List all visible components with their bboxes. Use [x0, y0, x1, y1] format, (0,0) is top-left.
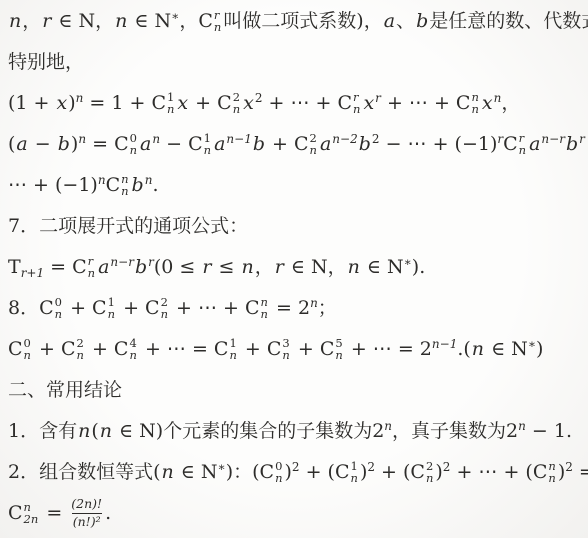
subscript: n [261, 308, 268, 320]
text-run: . [152, 174, 158, 196]
stacked-scripts: 2n [161, 296, 168, 321]
math-variable: n [77, 420, 91, 442]
stacked-scripts: 2n [233, 91, 240, 116]
text-run: + ⋯ + C [381, 92, 471, 114]
subscript: n [121, 185, 128, 197]
math-variable: b [134, 256, 148, 278]
math-variable: b [415, 10, 429, 32]
text-run: + C [64, 297, 107, 319]
text-run: ∈ N， [285, 256, 347, 278]
stacked-scripts: 1n [167, 91, 174, 116]
subscript: n [161, 308, 168, 320]
text-run: )：(C [226, 461, 274, 483]
text-run: .( [457, 338, 470, 360]
text-run: (1 + [8, 92, 56, 114]
text-run: + ⋯ + C [262, 92, 352, 114]
text-run: + C [239, 338, 282, 360]
text-run: − 1. [526, 420, 572, 442]
superscript: 2 [372, 132, 380, 146]
subscript: n [310, 144, 317, 156]
subscript: n [77, 349, 84, 361]
superscript: ∗ [528, 337, 536, 351]
text-run: ∈ N， [52, 10, 114, 32]
math-variable: x [362, 92, 375, 114]
math-variable: n [240, 256, 254, 278]
superscript: 2 [565, 460, 573, 474]
text-run: ≤ [212, 256, 240, 278]
math-variable: b [358, 133, 372, 155]
text-run: + ⋯ + (C [450, 461, 547, 483]
math-variable: x [176, 92, 189, 114]
stacked-scripts: 0n [55, 296, 62, 321]
text-run: 叫做二项式系数)， [223, 10, 382, 32]
stacked-scripts: 2n [77, 337, 84, 362]
math-variable: r [201, 256, 212, 278]
stacked-scripts: 1n [351, 460, 358, 485]
text-run: (0 ≤ [154, 256, 202, 278]
subscript: n [351, 472, 358, 484]
text-run: ； [318, 297, 337, 319]
subscript: 2n [24, 513, 39, 525]
stacked-scripts: nn [548, 460, 555, 485]
text-run: ∈ N [361, 256, 404, 278]
stacked-scripts: nn [121, 173, 128, 198]
text-run: ，C [179, 10, 213, 32]
subscript: n [353, 103, 360, 115]
text-run: C [8, 502, 23, 524]
superscript: n−r [541, 132, 565, 146]
text-run: ) [68, 92, 75, 114]
subscript: n [214, 21, 221, 33]
stacked-scripts: rn [519, 132, 526, 157]
math-variable: b [565, 133, 579, 155]
math-variable: r [274, 256, 285, 278]
heading-section-2: 二、常用结论 [8, 370, 584, 411]
stacked-scripts: nn [261, 296, 268, 321]
text-run: ⋯ + (−1) [8, 174, 98, 196]
text-run: + (C [300, 461, 350, 483]
text-run: ) [435, 461, 442, 483]
text-run: + C [86, 338, 129, 360]
subscript: n [471, 103, 478, 115]
stacked-scripts: rn [88, 255, 95, 280]
superscript: 2 [367, 460, 375, 474]
math-variable: a [213, 133, 226, 155]
text-run: ， [22, 10, 41, 32]
text-run: = 1 + C [83, 92, 166, 114]
text-run: + C [189, 92, 232, 114]
text-run: ，真子集数为2 [392, 420, 518, 442]
subscript: n [229, 349, 236, 361]
superscript: n−1 [432, 337, 457, 351]
math-variable: n [99, 420, 113, 442]
text-run: 8．C [8, 297, 54, 319]
stacked-scripts: nn [471, 91, 478, 116]
text-run: C [8, 338, 23, 360]
text-run: = [40, 502, 68, 524]
heading-item-7: 7．二项展开式的通项公式： [8, 206, 584, 247]
stacked-scripts: 1n [229, 337, 236, 362]
subscript: n [233, 103, 240, 115]
subscript: n [129, 349, 136, 361]
math-variable: x [56, 92, 69, 114]
subscript: n [426, 472, 433, 484]
fraction-numerator: (2n)! [70, 496, 103, 513]
text-run: + ⋯ = 2 [345, 338, 432, 360]
text-run: ∈ N [128, 10, 171, 32]
text-run: ) [536, 338, 543, 360]
subscript: r+1 [21, 266, 44, 280]
stacked-scripts: 1n [204, 132, 211, 157]
text-run: 、 [396, 10, 415, 32]
line-item-8-sum: 8．C0n + C1n + C2n + ⋯ + Cnn = 2n； [8, 288, 584, 329]
stacked-scripts: n2n [24, 501, 39, 526]
stacked-scripts: rn [214, 9, 221, 34]
text-run: ∈ N [485, 338, 528, 360]
line-expansion-one-plus-x: (1 + x)n = 1 + C1nx + C2nx2 + ⋯ + Crnxr … [8, 83, 584, 124]
stacked-scripts: 0n [275, 460, 282, 485]
stacked-scripts: 2n [426, 460, 433, 485]
math-variable: a [139, 133, 152, 155]
subscript: n [24, 349, 31, 361]
superscript: n−r [110, 255, 134, 269]
text-run: + C [266, 133, 309, 155]
subscript: n [335, 349, 342, 361]
superscript: n−1 [226, 132, 251, 146]
superscript: n [518, 419, 526, 433]
text-run: . [105, 502, 111, 524]
stacked-scripts: 2n [310, 132, 317, 157]
text-run: ( [91, 420, 98, 442]
text-run: = C [86, 133, 129, 155]
line-general-term: Tr+1 = Crnan−rbr(0 ≤ r ≤ n，r ∈ N，n ∈ N∗)… [8, 247, 584, 288]
math-variable: b [57, 133, 71, 155]
subscript: n [167, 103, 174, 115]
subscript: n [519, 144, 526, 156]
text-run: 特别地， [8, 51, 84, 73]
text-run: ). [412, 256, 425, 278]
subscript: n [88, 267, 95, 279]
text-run: ∈ N [175, 461, 218, 483]
line-conclusion-1-subsets: 1．含有n(n ∈ N)个元素的集合的子集数为2n，真子集数为2n − 1. [8, 411, 584, 452]
stacked-scripts: 3n [282, 337, 289, 362]
text-run: + ⋯ + C [170, 297, 260, 319]
subscript: n [548, 472, 555, 484]
line-expansion-a-minus-b: (a − b)n = C0nan − C1nan−1b + C2nan−2b2 … [8, 124, 584, 165]
superscript: n−2 [332, 132, 357, 146]
math-variable: n [471, 338, 485, 360]
superscript: n [152, 132, 160, 146]
text-run: 2．组合数恒等式( [8, 461, 161, 483]
text-run: + C [33, 338, 76, 360]
line-coefficient-note: n，r ∈ N，n ∈ N∗，Crn叫做二项式系数)，a、b是任意的数、代数式. [8, 1, 584, 42]
text-run: = [573, 461, 588, 483]
subscript: n [108, 308, 115, 320]
text-run: ) [285, 461, 292, 483]
text-run: − [29, 133, 57, 155]
line-expansion-a-minus-b-cont: ⋯ + (−1)nCnnbn. [8, 165, 584, 206]
text-run: 二、常用结论 [8, 379, 122, 401]
text-run: + ⋯ = C [139, 338, 229, 360]
text-run: = C [44, 256, 87, 278]
subscript: n [130, 144, 137, 156]
superscript: ∗ [404, 255, 412, 269]
text-run: ， [255, 256, 274, 278]
text-run: + C [292, 338, 335, 360]
superscript: ∗ [218, 460, 226, 474]
math-variable: a [383, 10, 396, 32]
line-conclusion-2-cont: Cn2n = (2n)!(n!)². [8, 493, 584, 534]
stacked-scripts: 0n [24, 337, 31, 362]
text-run: − C [160, 133, 203, 155]
stacked-scripts: 4n [129, 337, 136, 362]
text-run: C [106, 174, 121, 196]
stacked-scripts: 5n [335, 337, 342, 362]
stacked-scripts: rn [353, 91, 360, 116]
subscript: n [204, 144, 211, 156]
superscript: 2 [292, 460, 300, 474]
stacked-scripts: 0n [130, 132, 137, 157]
math-variable: n [8, 10, 22, 32]
math-variable: b [252, 133, 266, 155]
superscript: n [384, 419, 392, 433]
math-variable: a [15, 133, 28, 155]
text-run: 1．含有 [8, 420, 77, 442]
math-variable: a [97, 256, 110, 278]
text-run: + C [117, 297, 160, 319]
text-run: ∈ N)个元素的集合的子集数为2 [113, 420, 384, 442]
math-variable: x [242, 92, 255, 114]
line-conclusion-2-identity: 2．组合数恒等式(n ∈ N∗)：(C0n)2 + (C1n)2 + (C2n)… [8, 452, 584, 493]
math-variable: a [319, 133, 332, 155]
line-especially: 特别地， [8, 42, 584, 83]
text-run: T [8, 256, 21, 278]
superscript: n [78, 132, 86, 146]
superscript: n [98, 173, 106, 187]
math-variable: n [347, 256, 361, 278]
fraction: (2n)!(n!)² [70, 496, 103, 531]
text-run: 7．二项展开式的通项公式： [8, 215, 248, 237]
document-page: n，r ∈ N，n ∈ N∗，Crn叫做二项式系数)，a、b是任意的数、代数式.… [0, 0, 588, 538]
subscript: n [275, 472, 282, 484]
superscript: n [310, 296, 318, 310]
subscript: n [282, 349, 289, 361]
text-run: − ⋯ + (−1) [380, 133, 498, 155]
line-even-odd-sum: C0n + C2n + C4n + ⋯ = C1n + C3n + C5n + … [8, 329, 584, 370]
math-variable: r [41, 10, 52, 32]
stacked-scripts: 1n [108, 296, 115, 321]
math-variable: n [114, 10, 128, 32]
math-variable: a [528, 133, 541, 155]
text-run: C [503, 133, 518, 155]
math-variable: x [481, 92, 494, 114]
subscript: n [55, 308, 62, 320]
fraction-denominator: (n!)² [72, 513, 102, 531]
text-run: 是任意的数、代数式. [429, 10, 588, 32]
math-variable: b [131, 174, 145, 196]
text-run: = 2 [270, 297, 310, 319]
text-run: + (C [375, 461, 425, 483]
text-run: ， [501, 92, 520, 114]
math-variable: n [161, 461, 175, 483]
